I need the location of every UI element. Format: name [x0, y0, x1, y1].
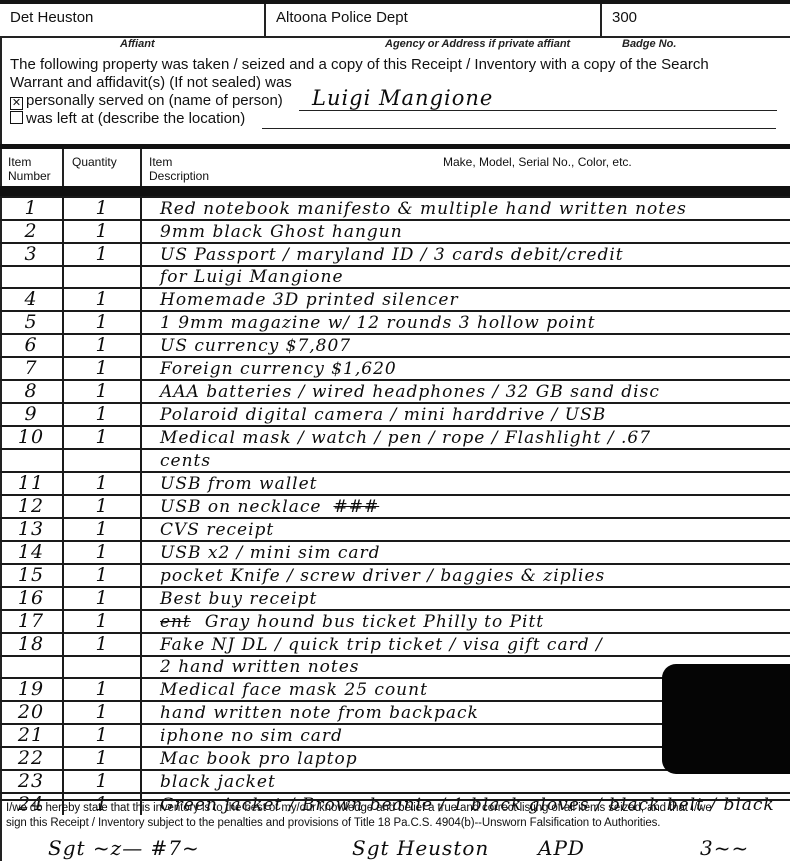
quantity-cell [63, 266, 141, 288]
header-divider [140, 149, 142, 187]
description-cell-text: US currency $7,807 [160, 336, 351, 356]
left-at-fill-line [262, 128, 776, 129]
description-cell-text: black jacket [160, 772, 276, 792]
quantity-cell: 1 [63, 518, 141, 541]
quantity-cell: 1 [63, 678, 141, 701]
item-number-cell-text: 13 [18, 518, 44, 540]
certification-line-1: I/we do hereby state that this inventory… [6, 801, 712, 816]
item-number-cell: 10 [0, 426, 63, 449]
description-cell-text: Best buy receipt [160, 589, 317, 609]
description-cell: Foreign currency $1,620 [141, 357, 790, 380]
item-number-cell: 21 [0, 724, 63, 747]
description-cell-text: US Passport / maryland ID / 3 cards debi… [160, 245, 624, 265]
table-row: 101Medical mask / watch / pen / rope / F… [0, 426, 790, 449]
description-cell-text: Mac book pro laptop [160, 749, 358, 769]
quantity-cell: 1 [63, 288, 141, 311]
item-number-cell: 15 [0, 564, 63, 587]
quantity-cell: 1 [63, 724, 141, 747]
description-cell-text: Polaroid digital camera / mini harddrive… [160, 405, 606, 425]
agency-label: Agency or Address if private affiant [385, 38, 570, 50]
item-number-cell: 3 [0, 243, 63, 266]
description-cell: USB x2 / mini sim card [141, 541, 790, 564]
item-number-cell-text: 12 [18, 495, 44, 517]
col-header-make-model: Make, Model, Serial No., Color, etc. [443, 155, 632, 169]
item-number-cell-text: 23 [18, 770, 44, 792]
item-number-cell: 23 [0, 770, 63, 793]
header-divider [62, 149, 64, 187]
table-row: 81AAA batteries / wired headphones / 32 … [0, 380, 790, 403]
table-row: 41Homemade 3D printed silencer [0, 288, 790, 311]
item-number-cell: 11 [0, 472, 63, 495]
item-number-cell: 13 [0, 518, 63, 541]
struck-text: ### [333, 497, 379, 517]
item-number-cell-text: 20 [18, 701, 44, 723]
description-cell-text: pocket Knife / screw driver / baggies & … [160, 566, 605, 586]
item-number-cell: 7 [0, 357, 63, 380]
statement-line-2: Warrant and affidavit(s) (If not sealed)… [10, 74, 292, 92]
quantity-cell: 1 [63, 243, 141, 266]
badge-signature: 3~~ [700, 836, 749, 860]
col-header-quantity: Quantity [72, 155, 117, 169]
table-row: 61US currency $7,807 [0, 334, 790, 357]
table-row: 151pocket Knife / screw driver / baggies… [0, 564, 790, 587]
quantity-cell-text: 1 [95, 724, 108, 746]
description-cell-text: CVS receipt [160, 520, 274, 540]
table-row: 11Red notebook manifesto & multiple hand… [0, 197, 790, 220]
description-cell-text: Red notebook manifesto & multiple hand w… [160, 199, 687, 219]
quantity-cell [63, 449, 141, 471]
quantity-cell-text: 1 [95, 357, 108, 379]
quantity-cell-text: 1 [95, 564, 108, 586]
item-number-cell: 6 [0, 334, 63, 357]
description-cell: CVS receipt [141, 518, 790, 541]
item-number-cell-text: 6 [24, 334, 37, 356]
quantity-cell: 1 [63, 770, 141, 793]
description-cell: AAA batteries / wired headphones / 32 GB… [141, 380, 790, 403]
quantity-cell-text: 1 [95, 587, 108, 609]
table-row: cents [0, 449, 790, 471]
table-row: 31US Passport / maryland ID / 3 cards de… [0, 243, 790, 266]
affiant-signature: Sgt Heuston [352, 836, 489, 860]
quantity-cell: 1 [63, 311, 141, 334]
item-number-cell: 19 [0, 678, 63, 701]
quantity-cell: 1 [63, 541, 141, 564]
quantity-cell-text: 1 [95, 334, 108, 356]
quantity-cell-text: 1 [95, 243, 108, 265]
item-number-cell-text: 19 [18, 678, 44, 700]
quantity-cell: 1 [63, 220, 141, 243]
col-header-description-line2: Description [149, 169, 209, 183]
item-number-cell-text: 1 [24, 197, 37, 219]
item-number-cell-text: 3 [24, 243, 37, 265]
item-number-cell-text: 11 [18, 472, 44, 494]
item-number-cell-text: 10 [18, 426, 44, 448]
quantity-cell: 1 [63, 357, 141, 380]
quantity-cell-text: 1 [95, 380, 108, 402]
affiant-info-row: Det Heuston Altoona Police Dept 300 [0, 4, 790, 38]
served-fill-line [299, 110, 777, 111]
officer-signature: Sgt ~z— #7~ [48, 836, 200, 860]
description-cell-text: 2 hand written notes [160, 657, 360, 677]
item-number-cell: 5 [0, 311, 63, 334]
description-cell: for Luigi Mangione [141, 266, 790, 288]
quantity-cell-text: 1 [95, 288, 108, 310]
description-cell: 9mm black Ghost hangun [141, 220, 790, 243]
left-at-label: was left at (describe the location) [26, 110, 245, 127]
item-number-cell [0, 656, 63, 678]
quantity-cell: 1 [63, 633, 141, 656]
badge-field: 300 [602, 4, 790, 36]
table-row: 121USB on necklace### [0, 495, 790, 518]
description-cell: 1 9mm magazine w/ 12 rounds 3 hollow poi… [141, 311, 790, 334]
quantity-cell-text: 1 [95, 701, 108, 723]
item-number-cell-text: 4 [24, 288, 37, 310]
item-number-cell: 14 [0, 541, 63, 564]
agency-signature: APD [538, 836, 585, 860]
item-number-cell: 4 [0, 288, 63, 311]
certification-statement: I/we do hereby state that this inventory… [6, 801, 712, 831]
item-number-cell: 2 [0, 220, 63, 243]
item-number-cell: 1 [0, 197, 63, 220]
description-cell: Medical mask / watch / pen / rope / Flas… [141, 426, 790, 449]
item-number-cell: 17 [0, 610, 63, 633]
quantity-cell-text: 1 [95, 197, 108, 219]
description-cell: USB on necklace### [141, 495, 790, 518]
item-number-cell-text: 17 [18, 610, 44, 632]
table-row: 141USB x2 / mini sim card [0, 541, 790, 564]
table-row: 71Foreign currency $1,620 [0, 357, 790, 380]
table-row: 181Fake NJ DL / quick trip ticket / visa… [0, 633, 790, 656]
description-cell-text: Medical mask / watch / pen / rope / Flas… [160, 428, 651, 448]
description-cell: Polaroid digital camera / mini harddrive… [141, 403, 790, 426]
quantity-cell-text: 1 [95, 610, 108, 632]
description-cell: Red notebook manifesto & multiple hand w… [141, 197, 790, 220]
table-row: 219mm black Ghost hangun [0, 220, 790, 243]
item-number-cell: 22 [0, 747, 63, 770]
quantity-cell-text: 1 [95, 518, 108, 540]
description-cell-text: for Luigi Mangione [160, 267, 344, 287]
quantity-cell: 1 [63, 701, 141, 724]
item-number-cell-text: 15 [18, 564, 44, 586]
quantity-cell: 1 [63, 334, 141, 357]
col-header-item-number-line1: Item [8, 155, 51, 169]
quantity-cell-text: 1 [95, 541, 108, 563]
item-number-cell-text: 2 [24, 220, 37, 242]
quantity-cell-text: 1 [95, 747, 108, 769]
served-checkbox[interactable]: ✕ [10, 97, 23, 110]
description-cell-text: AAA batteries / wired headphones / 32 GB… [160, 382, 660, 402]
certification-line-2: sign this Receipt / Inventory subject to… [6, 816, 712, 831]
item-number-cell: 20 [0, 701, 63, 724]
quantity-cell: 1 [63, 403, 141, 426]
quantity-cell: 1 [63, 747, 141, 770]
quantity-cell-text: 1 [95, 633, 108, 655]
left-at-option: was left at (describe the location) [10, 110, 245, 128]
item-number-cell-text: 9 [24, 403, 37, 425]
description-cell-text: Foreign currency $1,620 [160, 359, 397, 379]
item-number-cell-text: 8 [24, 380, 37, 402]
item-number-cell-text: 5 [24, 311, 37, 333]
table-row: 131CVS receipt [0, 518, 790, 541]
description-cell-text: USB on necklace [160, 497, 321, 517]
description-cell-text: iphone no sim card [160, 726, 343, 746]
item-number-cell: 12 [0, 495, 63, 518]
description-cell-text: USB from wallet [160, 474, 318, 494]
quantity-cell-text: 1 [95, 678, 108, 700]
affiant-label: Affiant [120, 38, 155, 50]
quantity-cell: 1 [63, 426, 141, 449]
table-row: 91Polaroid digital camera / mini harddri… [0, 403, 790, 426]
quantity-cell-text: 1 [95, 426, 108, 448]
quantity-cell-text: 1 [95, 770, 108, 792]
description-cell: Best buy receipt [141, 587, 790, 610]
description-cell: cents [141, 449, 790, 471]
served-option: ✕personally served on (name of person) [10, 92, 283, 110]
quantity-cell [63, 656, 141, 678]
quantity-cell-text: 1 [95, 495, 108, 517]
description-cell: US Passport / maryland ID / 3 cards debi… [141, 243, 790, 266]
item-number-cell: 16 [0, 587, 63, 610]
description-cell-text: hand written note from backpack [160, 703, 479, 723]
item-number-cell-text: 16 [18, 587, 44, 609]
left-at-checkbox[interactable] [10, 111, 23, 124]
quantity-cell: 1 [63, 197, 141, 220]
col-header-description-line1: Item [149, 155, 209, 169]
item-number-cell [0, 449, 63, 471]
col-header-item-number: Item Number [8, 155, 51, 183]
item-number-cell: 9 [0, 403, 63, 426]
col-header-description: Item Description [149, 155, 209, 183]
item-number-cell-text: 21 [18, 724, 44, 746]
item-number-cell [0, 266, 63, 288]
description-cell: Homemade 3D printed silencer [141, 288, 790, 311]
table-row: 111USB from wallet [0, 472, 790, 495]
item-number-cell: 8 [0, 380, 63, 403]
badge-label: Badge No. [622, 38, 676, 50]
item-number-cell-text: 22 [18, 747, 44, 769]
description-cell: entGray hound bus ticket Philly to Pitt [141, 610, 790, 633]
quantity-cell: 1 [63, 587, 141, 610]
redaction-block [662, 664, 790, 774]
description-cell: US currency $7,807 [141, 334, 790, 357]
description-cell-text: USB x2 / mini sim card [160, 543, 381, 563]
struck-text: ent [160, 612, 191, 632]
quantity-cell: 1 [63, 472, 141, 495]
description-cell: USB from wallet [141, 472, 790, 495]
affiant-field: Det Heuston [0, 4, 264, 36]
header-black-bar [0, 186, 790, 196]
description-cell-text: Medical face mask 25 count [160, 680, 428, 700]
quantity-cell-text: 1 [95, 220, 108, 242]
quantity-cell: 1 [63, 495, 141, 518]
description-cell-text: 9mm black Ghost hangun [160, 222, 403, 242]
table-row: 161Best buy receipt [0, 587, 790, 610]
item-number-cell-text: 7 [24, 357, 37, 379]
served-label: personally served on (name of person) [26, 92, 283, 109]
table-row: 511 9mm magazine w/ 12 rounds 3 hollow p… [0, 311, 790, 334]
item-number-cell-text: 18 [18, 633, 44, 655]
description-cell-text: cents [160, 451, 211, 471]
quantity-cell: 1 [63, 564, 141, 587]
description-cell-text: 1 9mm magazine w/ 12 rounds 3 hollow poi… [160, 313, 596, 333]
col-header-item-number-line2: Number [8, 169, 51, 183]
section-divider [0, 144, 790, 149]
description-cell-text: Fake NJ DL / quick trip ticket / visa gi… [160, 635, 603, 655]
quantity-cell-text: 1 [95, 472, 108, 494]
table-row: for Luigi Mangione [0, 266, 790, 288]
served-name-value: Luigi Mangione [312, 86, 493, 110]
quantity-cell-text: 1 [95, 311, 108, 333]
item-number-cell-text: 14 [18, 541, 44, 563]
description-cell-text: Homemade 3D printed silencer [160, 290, 459, 310]
statement-line-1: The following property was taken / seize… [10, 56, 709, 74]
item-number-cell: 18 [0, 633, 63, 656]
description-cell: pocket Knife / screw driver / baggies & … [141, 564, 790, 587]
table-row: 171entGray hound bus ticket Philly to Pi… [0, 610, 790, 633]
quantity-cell: 1 [63, 610, 141, 633]
description-cell-text: Gray hound bus ticket Philly to Pitt [205, 612, 544, 632]
description-cell: Fake NJ DL / quick trip ticket / visa gi… [141, 633, 790, 656]
quantity-cell-text: 1 [95, 403, 108, 425]
agency-field: Altoona Police Dept [266, 4, 600, 36]
quantity-cell: 1 [63, 380, 141, 403]
